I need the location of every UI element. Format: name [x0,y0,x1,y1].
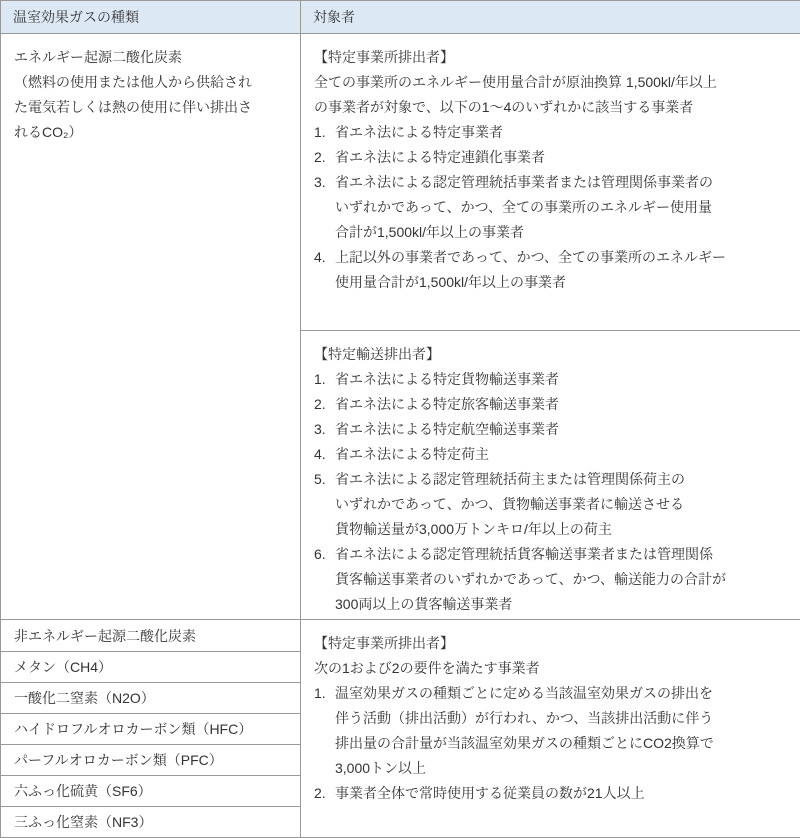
ghg-emitters-table: 温室効果ガスの種類 対象者 エネルギー起源二酸化炭素 （燃料の使用または他人から… [0,0,800,838]
gas-cell-energy-co2: エネルギー起源二酸化炭素 （燃料の使用または他人から供給され た電気若しくは熱の… [1,34,301,620]
gas-cell-sf6: 六ふっ化硫黄（SF6） [1,775,301,806]
list-item: 事業者全体で常時使用する従業員の数が21人以上 [314,781,788,806]
col-header-target: 対象者 [301,1,800,34]
gas-cell-pfc: パーフルオロカーボン類（PFC） [1,744,301,775]
target-cell-specified-transport: 【特定輸送排出者】 省エネ法による特定貨物輸送事業者 省エネ法による特定旅客輸送… [301,330,800,620]
list-item: 省エネ法による特定貨物輸送事業者 [314,367,788,392]
list-item: 省エネ法による特定連鎖化事業者 [314,145,788,170]
gas-cell-methane: メタン（CH4） [1,651,301,682]
cell-intro: 次の1および2の要件を満たす事業者 [314,656,788,681]
list-item: 省エネ法による特定荷主 [314,442,788,467]
cell-title: 【特定輸送排出者】 [314,342,788,367]
numbered-list: 省エネ法による特定貨物輸送事業者 省エネ法による特定旅客輸送事業者 省エネ法によ… [314,367,788,617]
cell-title: 【特定事業所排出者】 [314,45,788,70]
list-item: 省エネ法による特定事業者 [314,120,788,145]
list-item: 省エネ法による認定管理統括貨客輸送事業者または管理関係 貨客輸送事業者のいずれか… [314,542,788,617]
gas-cell-nitrous-oxide: 一酸化二窒素（N2O） [1,682,301,713]
target-cell-specified-business-2: 【特定事業所排出者】 次の1および2の要件を満たす事業者 温室効果ガスの種類ごと… [301,620,800,838]
gas-cell-non-energy-co2: 非エネルギー起源二酸化炭素 [1,620,301,651]
numbered-list: 温室効果ガスの種類ごとに定める当該温室効果ガスの排出を 伴う活動（排出活動）が行… [314,681,788,806]
list-item: 省エネ法による特定航空輸送事業者 [314,417,788,442]
table-header-row: 温室効果ガスの種類 対象者 [1,1,800,34]
list-item: 温室効果ガスの種類ごとに定める当該温室効果ガスの排出を 伴う活動（排出活動）が行… [314,681,788,781]
cell-intro: 全ての事業所のエネルギー使用量合計が原油換算 1,500kl/年以上 の事業者が… [314,70,788,120]
gas-cell-nf3: 三ふっ化窒素（NF3） [1,806,301,837]
list-item: 上記以外の事業者であって、かつ、全ての事業所のエネルギー 使用量合計が1,500… [314,245,788,295]
table-row: エネルギー起源二酸化炭素 （燃料の使用または他人から供給され た電気若しくは熱の… [1,34,800,331]
list-item: 省エネ法による特定旅客輸送事業者 [314,392,788,417]
gas-cell-hfc: ハイドロフルオロカーボン類（HFC） [1,713,301,744]
cell-title: 【特定事業所排出者】 [314,631,788,656]
list-item: 省エネ法による認定管理統括事業者または管理関係事業者の いずれかであって、かつ、… [314,170,788,245]
col-header-gas-type: 温室効果ガスの種類 [1,1,301,34]
list-item: 省エネ法による認定管理統括荷主または管理関係荷主の いずれかであって、かつ、貨物… [314,467,788,542]
target-cell-specified-business-1: 【特定事業所排出者】 全ての事業所のエネルギー使用量合計が原油換算 1,500k… [301,34,800,331]
numbered-list: 省エネ法による特定事業者 省エネ法による特定連鎖化事業者 省エネ法による認定管理… [314,120,788,295]
table-row: 非エネルギー起源二酸化炭素 【特定事業所排出者】 次の1および2の要件を満たす事… [1,620,800,651]
